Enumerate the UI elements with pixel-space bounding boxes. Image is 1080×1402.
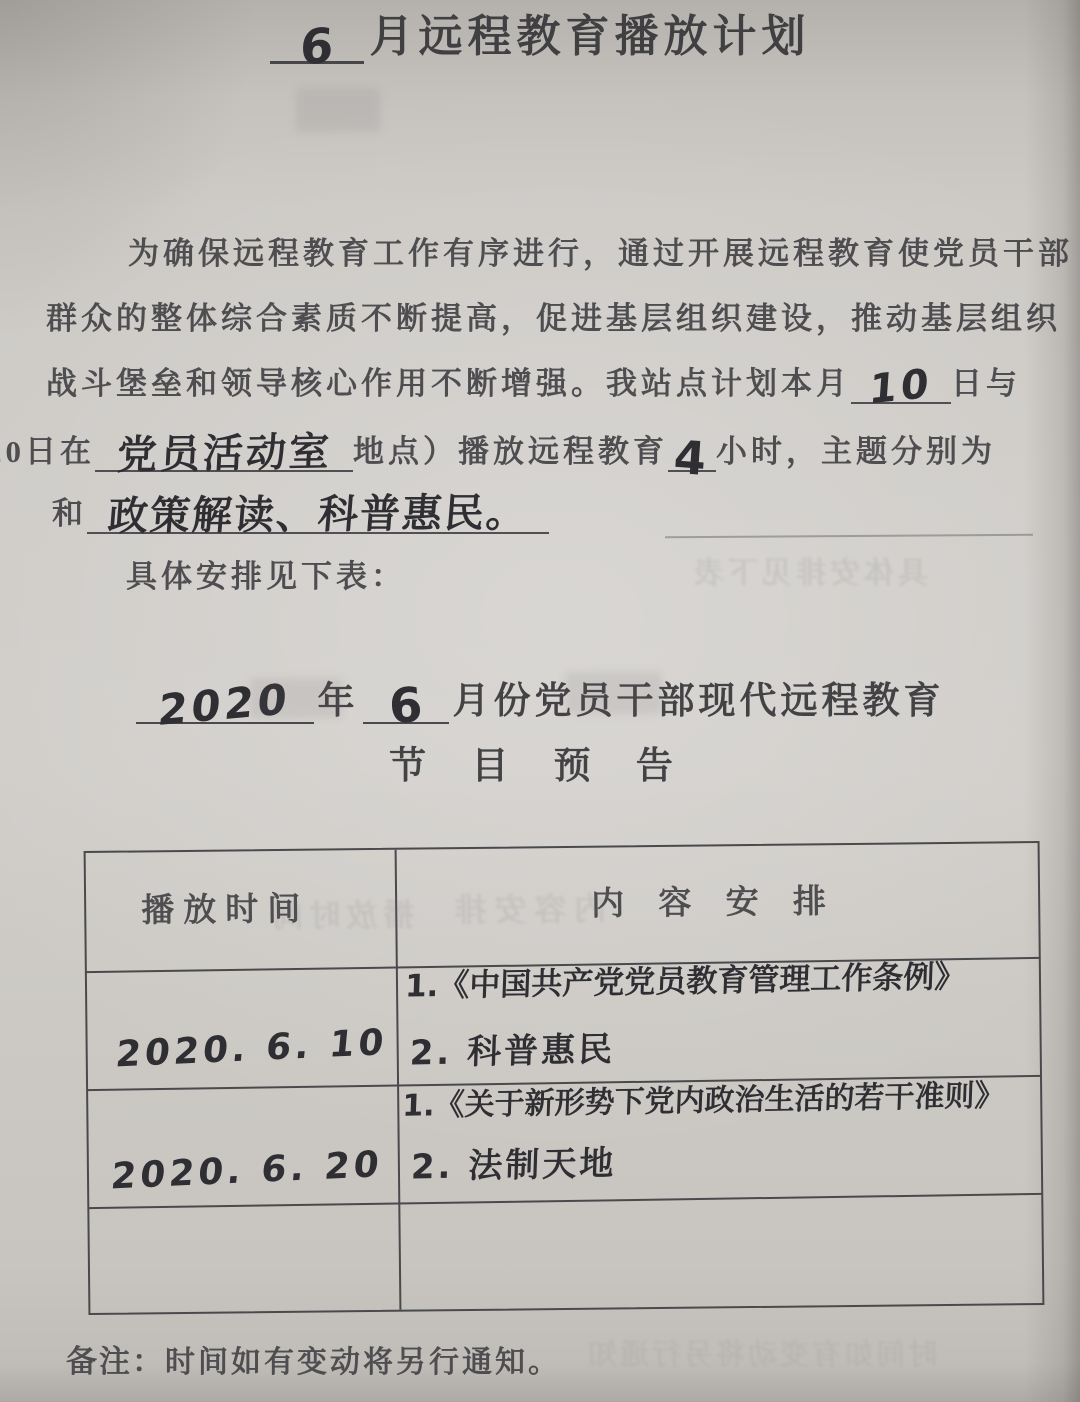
body-line-5-pre: 和 (52, 496, 87, 531)
body-line-3: 战斗堡垒和领导核心作用不断增强。我站点计划本月10日与 (46, 358, 1021, 404)
row-2-content-line-1: 1.《关于新形势下党内政治生活的若干准则》 (402, 1081, 1005, 1122)
page-edge-shadow (1024, 0, 1080, 1402)
topics-fill: 政策解读、科普惠民。 (106, 493, 529, 537)
hours-fill: 4 (672, 434, 711, 482)
body-line-3-post: 日与 (951, 366, 1021, 401)
empty-underline (665, 534, 1033, 539)
document-title: 6月远程教育播放计划 (0, 0, 1080, 64)
caption-month-fill: 6 (388, 681, 424, 731)
day-blank: 10 (851, 361, 951, 404)
table-row-line (88, 1193, 1042, 1209)
row-1-content-line-2: 2. 科普惠民 (409, 1033, 616, 1071)
bleed-through-blob (566, 672, 662, 714)
body-line-4-mid: 地点）播放远程教育 (353, 434, 668, 469)
title-month-fill: 6 (299, 22, 334, 73)
bleed-through-text: 具体安排见下表 (690, 548, 928, 592)
row-1-content-line-1: 1.《中国共产党党员教育管理工作条例》 (405, 962, 966, 1003)
body-line-4-pre: 20日在 (0, 434, 95, 469)
body-line-2: 群众的整体综合素质不断提高，促进基层组织建设，推动基层组织 (46, 293, 1061, 338)
location-blank: 党员活动室 (95, 429, 353, 472)
day-fill: 10 (868, 363, 934, 410)
bleed-through-text: 内容安排 (446, 884, 606, 932)
body-line-3-pre: 战斗堡垒和领导核心作用不断增强。我站点计划本月 (46, 366, 851, 401)
row-2-time: 2020. 6. 20 (109, 1147, 384, 1196)
page-bottom-shadow (0, 1362, 1080, 1402)
caption-month-blank: 6 (363, 674, 449, 724)
hours-blank: 4 (668, 423, 716, 472)
location-fill: 党员活动室 (115, 432, 332, 476)
bleed-through-text: 播放时间 (266, 890, 414, 937)
title-month-blank: 6 (270, 13, 364, 64)
table-header-content: 内 容 安 排 (591, 875, 839, 925)
row-2-content-line-2: 2. 法制天地 (410, 1147, 617, 1185)
title-text: 月远程教育播放计划 (370, 0, 811, 64)
caption-rest: 月份党员干部现代远程教育 (453, 670, 945, 724)
body-line-5: 和政策解读、科普惠民。 (52, 488, 549, 534)
schedule-table: 播放时间 内 容 安 排 播放时间 内容安排 1.《中国共产党党员教育管理工作条… (84, 841, 1045, 1315)
bleed-through-blob (296, 88, 380, 132)
program-caption: 2020年6月份党员干部现代远程教育 (0, 670, 1080, 724)
body-line-6: 具体安排见下表： (126, 551, 406, 596)
body-line-1: 为确保远程教育工作有序进行，通过开展远程教育使党员干部 (128, 228, 1073, 273)
topics-blank: 政策解读、科普惠民。 (87, 491, 549, 534)
document-photo: 6月远程教育播放计划 为确保远程教育工作有序进行，通过开展远程教育使党员干部 群… (0, 0, 1080, 1402)
row-1-time: 2020. 6. 10 (114, 1025, 389, 1074)
bleed-through-blob (250, 678, 342, 718)
body-line-4-post: 小时，主题分别为 (716, 434, 996, 469)
program-subcaption: 节 目 预 告 (0, 735, 1080, 789)
body-line-4: 20日在党员活动室地点）播放远程教育4小时，主题分别为 (0, 423, 996, 472)
